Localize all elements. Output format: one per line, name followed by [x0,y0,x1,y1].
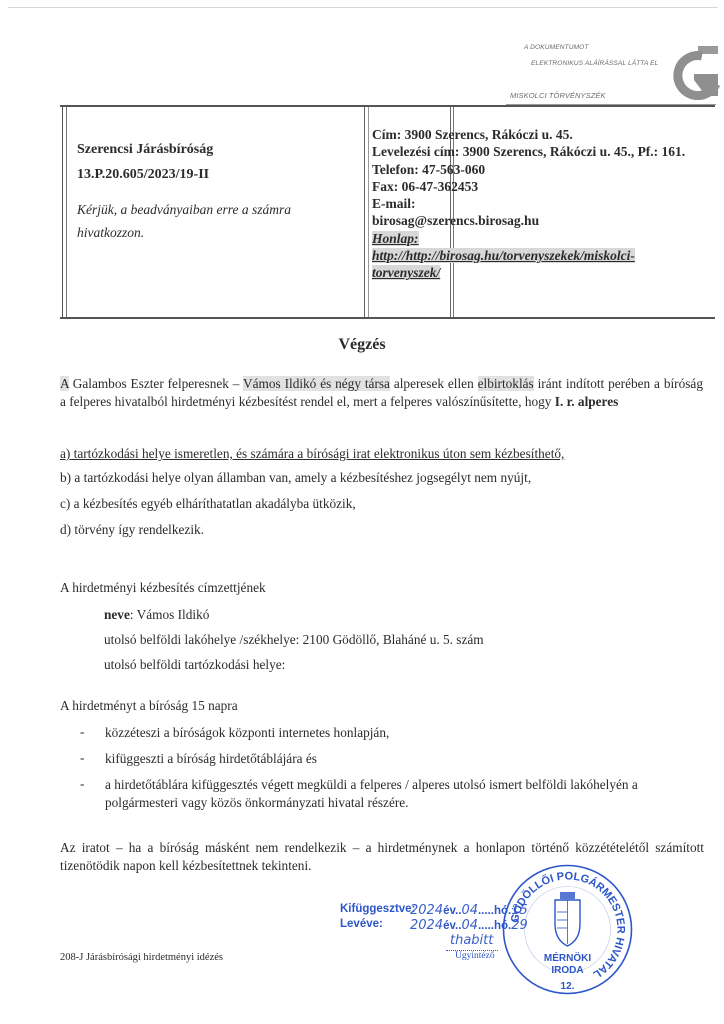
svg-text:12.: 12. [561,981,575,992]
recipient-address: utolsó belföldi lakóhelye /székhelye: 21… [104,632,484,648]
intro-text: A [60,376,69,391]
recipient-name: neve: Vámos Ildikó [104,607,209,623]
header-table-bottom-border [60,317,715,319]
year-suffix: év [443,905,455,917]
year-suffix: év [443,920,455,932]
intro-text: alperesek ellen [390,376,478,391]
form-identifier: 208-J Járásbírósági hirdetményi idézés [60,952,223,963]
posted-month: 04 [461,903,478,918]
court-postal-address: Levelezési cím: 3900 Szerencs, Rákóczi u… [372,143,712,160]
recipient-stay: utolsó belföldi tartózkodási helye: [104,657,285,673]
court-website-label: Honlap: [372,231,419,246]
court-fax: Fax: 06-47-362453 [372,178,712,195]
bullet-dash: - [80,750,84,766]
court-email-label: E-mail: [372,195,712,212]
bullet-dash: - [80,776,84,792]
recipient-name-value: : Vámos Ildikó [130,607,210,622]
bullet-dash: - [80,724,84,740]
recipient-name-label: neve [104,607,130,622]
header-table-left-border-inner [66,107,67,317]
court-name: Szerencsi Járásbíróság [77,142,213,158]
svg-text:IRODA: IRODA [551,965,583,976]
clerk-label: Ügyintéző [455,951,495,961]
reference-note: Kérjük, a beadványaiban erre a számra hi… [77,198,327,244]
reason-d: d) törvény így rendelkezik. [60,522,204,538]
official-seal-icon: GÖDÖLLŐI POLGÁRMESTER HIVATAL MÉRNÖKI IR… [500,862,635,997]
esignature-line-1: A DOKUMENTUMOT [524,44,589,51]
defendants-name: Vámos Ildikó és négy társa [243,376,390,391]
publication-item: a hirdetőtáblára kifüggesztés végett meg… [105,776,690,811]
publication-item: közzéteszi a bíróságok központi internet… [105,724,690,742]
court-website-link[interactable]: http://http://birosag.hu/torvenyszekek/m… [372,248,635,280]
removed-label: Levéve: [340,918,383,930]
clerk-signature: thabitt [450,933,493,948]
court-phone: Telefon: 47-563-060 [372,161,712,178]
case-subject: elbirtoklás [478,376,534,391]
svg-text:MÉRNÖKI: MÉRNÖKI [544,951,591,964]
posted-label: Kifüggesztve: [340,903,415,915]
document-title: Végzés [0,336,724,354]
header-table-divider [364,107,365,317]
removed-year: 2024 [410,918,443,933]
intro-text: felperesnek – [168,376,243,391]
publication-item: kifüggeszti a bíróság hirdetőtáblájára é… [105,750,690,768]
case-number: 13.P.20.605/2023/19-II [77,167,209,183]
court-logo-icon [672,44,720,100]
reason-b: b) a tartózkodási helye olyan államban v… [60,470,531,486]
removed-month: 04 [461,918,478,933]
esignature-court: MISKOLCI TÖRVÉNYSZÉK [510,91,606,100]
publication-intro: A hirdetményt a bíróság 15 napra [60,698,238,714]
reason-a: a) tartózkodási helye ismeretlen, és szá… [60,446,564,462]
reason-c: c) a kézbesítés egyéb elháríthatatlan ak… [60,496,356,512]
esignature-line-2: ELEKTRONIKUS ALÁÍRÁSSAL LÁTTA EL [531,60,658,67]
court-email[interactable]: birosag@szerencs.birosag.hu [372,212,712,229]
scan-top-edge [8,7,718,8]
intro-paragraph: A Galambos Eszter felperesnek – Vámos Il… [60,375,703,410]
plaintiff-name: Galambos Eszter [69,376,168,391]
header-table-divider [368,107,369,317]
recipient-intro: A hirdetményi kézbesítés címzettjének [60,580,266,596]
header-table-left-border [62,107,63,317]
court-address: Cím: 3900 Szerencs, Rákóczi u. 45. [372,126,712,143]
posted-year: 2024 [410,903,443,918]
party-designation: I. r. alperes [555,394,619,409]
header-table-top-border [60,105,715,107]
court-contact-block: Cím: 3900 Szerencs, Rákóczi u. 45. Level… [372,126,712,282]
